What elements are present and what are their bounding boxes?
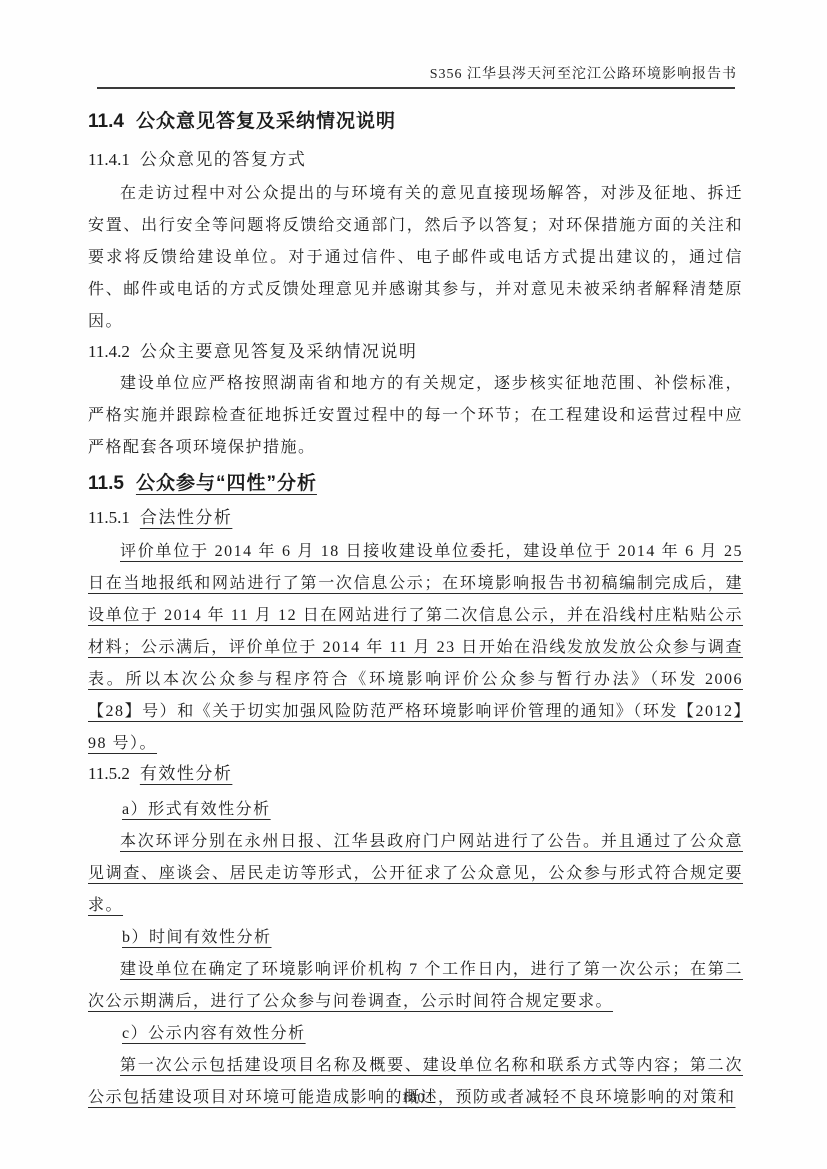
section-number: 11.4: [88, 111, 124, 132]
page-header-title: S356 江华县涔天河至沱江公路环境影响报告书: [97, 63, 737, 83]
section-number: 11.5: [88, 473, 124, 494]
section-heading-11-4: 11.4公众意见答复及采纳情况说明: [88, 110, 743, 134]
section-heading-11-5: 11.5公众参与“四性”分析: [88, 472, 743, 496]
paragraph-reply-method: 在走访过程中对公众提出的与环境有关的意见直接现场解答，对涉及征地、拆迁安置、出行…: [88, 178, 743, 338]
subheading-b-time-validity: b）时间有效性分析: [88, 922, 743, 954]
paragraph-time-validity: 建设单位在确定了环境影响评价机构 7 个工作日内，进行了第一次公示；在第二次公示…: [88, 954, 743, 1018]
section-number: 11.4.2: [88, 342, 130, 361]
paragraph-legality-analysis: 评价单位于 2014 年 6 月 18 日接收建设单位委托，建设单位于 2014…: [88, 536, 743, 760]
section-heading-11-5-2: 11.5.2有效性分析: [88, 762, 743, 786]
paragraph-form-validity: 本次环评分别在永州日报、江华县政府门户网站进行了公告。并且通过了公众意见调查、座…: [88, 826, 743, 922]
paragraph-adoption-explanation: 建设单位应严格按照湖南省和地方的有关规定，逐步核实征地范围、补偿标准，严格实施并…: [88, 368, 743, 464]
section-heading-11-4-2: 11.4.2公众主要意见答复及采纳情况说明: [88, 340, 743, 364]
section-heading-11-5-1: 11.5.1合法性分析: [88, 506, 743, 530]
section-title: 合法性分析: [140, 508, 233, 527]
section-number: 11.5.1: [88, 508, 130, 527]
section-heading-11-4-1: 11.4.1公众意见的答复方式: [88, 148, 743, 172]
document-body: 11.4公众意见答复及采纳情况说明 11.4.1公众意见的答复方式 在走访过程中…: [88, 110, 743, 1114]
subheading-c-content-validity: c）公示内容有效性分析: [88, 1018, 743, 1050]
section-title: 有效性分析: [140, 764, 233, 783]
document-page: S356 江华县涔天河至沱江公路环境影响报告书 11.4公众意见答复及采纳情况说…: [0, 0, 827, 1169]
section-number: 11.5.2: [88, 764, 130, 783]
section-title: 公众参与“四性”分析: [136, 473, 317, 494]
page-number: 180: [0, 1091, 827, 1107]
section-title: 公众意见的答复方式: [140, 150, 307, 169]
subheading-a-form-validity: a）形式有效性分析: [88, 794, 743, 826]
section-title: 公众意见答复及采纳情况说明: [136, 111, 396, 132]
section-number: 11.4.1: [88, 150, 130, 169]
header-rule: [97, 87, 735, 89]
section-title: 公众主要意见答复及采纳情况说明: [140, 342, 418, 361]
